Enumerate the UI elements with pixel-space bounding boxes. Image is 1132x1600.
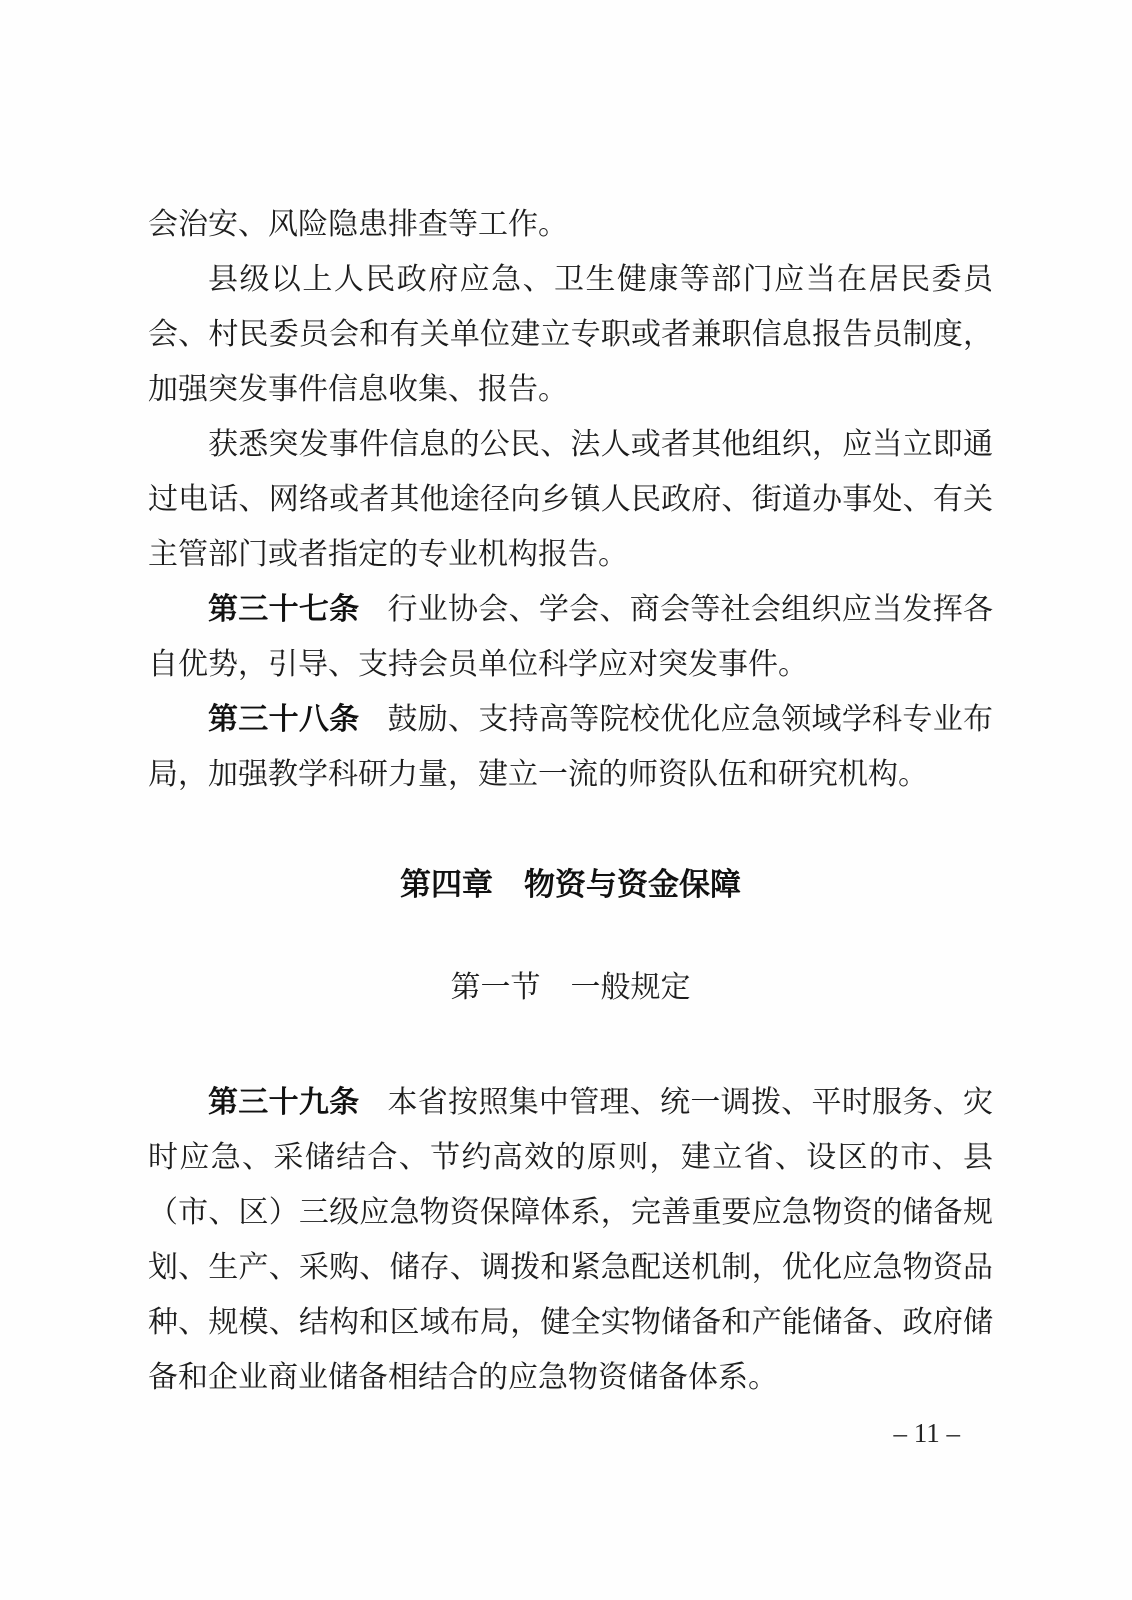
article-number-label: 第三十八条	[208, 703, 359, 736]
body-paragraph-article-39: 第三十九条本省按照集中管理、统一调拨、平时服务、灾时应急、采储结合、节约高效的原…	[148, 1075, 993, 1405]
page-number: – 11 –	[894, 1418, 961, 1448]
chapter-heading: 第四章 物资与资金保障	[148, 857, 993, 912]
body-paragraph: 获悉突发事件信息的公民、法人或者其他组织，应当立即通过电话、网络或者其他途径向乡…	[148, 417, 993, 582]
document-page: 会治安、风险隐患排查等工作。 县级以上人民政府应急、卫生健康等部门应当在居民委员…	[0, 0, 1132, 1600]
body-paragraph-article-38: 第三十八条鼓励、支持高等院校优化应急领域学科专业布局，加强教学科研力量，建立一流…	[148, 692, 993, 802]
paragraph-text: 会治安、风险隐患排查等工作。	[148, 208, 568, 241]
body-paragraph: 会治安、风险隐患排查等工作。	[148, 197, 993, 252]
article-number-label: 第三十九条	[208, 1086, 359, 1119]
body-paragraph-article-37: 第三十七条行业协会、学会、商会等社会组织应当发挥各自优势，引导、支持会员单位科学…	[148, 582, 993, 692]
article-number-label: 第三十七条	[208, 593, 359, 626]
paragraph-text: 获悉突发事件信息的公民、法人或者其他组织，应当立即通过电话、网络或者其他途径向乡…	[148, 428, 993, 571]
paragraph-text: 县级以上人民政府应急、卫生健康等部门应当在居民委员会、村民委员会和有关单位建立专…	[148, 263, 993, 406]
document-body: 会治安、风险隐患排查等工作。 县级以上人民政府应急、卫生健康等部门应当在居民委员…	[148, 197, 993, 1405]
paragraph-text: 本省按照集中管理、统一调拨、平时服务、灾时应急、采储结合、节约高效的原则，建立省…	[148, 1086, 993, 1394]
section-heading: 第一节 一般规定	[148, 960, 993, 1015]
body-paragraph: 县级以上人民政府应急、卫生健康等部门应当在居民委员会、村民委员会和有关单位建立专…	[148, 252, 993, 417]
